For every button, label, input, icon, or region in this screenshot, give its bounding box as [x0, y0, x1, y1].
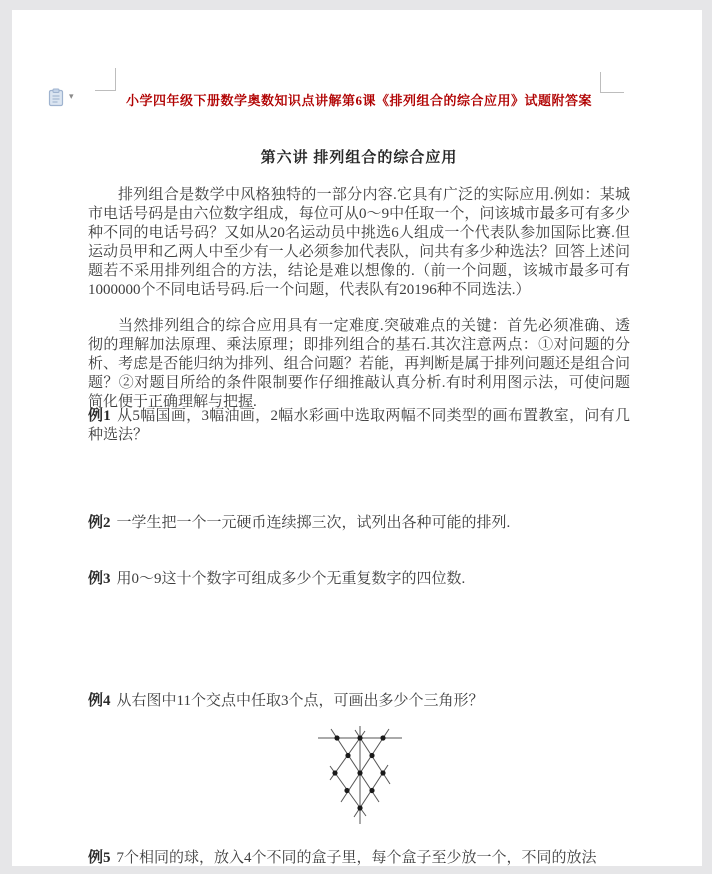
example-5-text: 7个相同的球，放入4个不同的盒子里，每个盒子至少放一个，不同的放法: [117, 850, 597, 866]
intro-paragraph-2: 当然排列组合的综合应用具有一定难度.突破难点的关键：首先必须准确、透彻的理解加法…: [88, 317, 630, 412]
word-document-view: { "page": { "frame_color": "#e6e6e8", "p…: [0, 0, 712, 874]
example-1-text: 从5幅国画，3幅油画，2幅水彩画中选取两幅不同类型的画布置教室，问有几种选法？: [88, 408, 630, 443]
example-5: 例57个相同的球，放入4个不同的盒子里，每个盒子至少放一个，不同的放法: [88, 849, 630, 866]
example-4-label: 例4: [88, 693, 111, 709]
lesson-heading: 第六讲 排列组合的综合应用: [88, 146, 630, 167]
clipboard-icon: [48, 88, 65, 107]
example-4-text: 从右图中11个交点中任取3个点，可画出多少个三角形？: [117, 693, 484, 709]
example-5-label: 例5: [88, 850, 111, 866]
margin-corner-mark-left: [95, 68, 116, 91]
document-title: 小学四年级下册数学奥数知识点讲解第6课《排列组合的综合应用》试题附答案: [88, 92, 630, 110]
intro-paragraph-1: 排列组合是数学中风格独特的一部分内容.它具有广泛的实际应用.例如：某城市电话号码…: [88, 186, 630, 300]
chevron-down-icon[interactable]: ▾: [69, 93, 74, 102]
example-2-text: 一学生把一个一元硬币连续掷三次，试列出各种可能的排列.: [117, 515, 511, 531]
example-2-label: 例2: [88, 515, 111, 531]
example-2: 例2一学生把一个一元硬币连续掷三次，试列出各种可能的排列.: [88, 514, 630, 533]
document-page: ▾ 小学四年级下册数学奥数知识点讲解第6课《排列组合的综合应用》试题附答案 第六…: [12, 10, 702, 866]
example-1: 例1从5幅国画，3幅油画，2幅水彩画中选取两幅不同类型的画布置教室，问有几种选法…: [88, 407, 630, 445]
paste-options-button[interactable]: ▾: [48, 86, 90, 108]
example-3-label: 例3: [88, 571, 111, 587]
example-3: 例3用0～9这十个数字可组成多少个无重复数字的四位数.: [88, 570, 630, 589]
example-1-label: 例1: [88, 408, 111, 424]
example-3-text: 用0～9这十个数字可组成多少个无重复数字的四位数.: [117, 571, 466, 587]
example-4: 例4从右图中11个交点中任取3个点，可画出多少个三角形？: [88, 692, 630, 711]
points-figure: [298, 720, 422, 832]
margin-corner-mark-right: [600, 72, 624, 93]
eleven-points-diagram-svg: [298, 720, 422, 830]
